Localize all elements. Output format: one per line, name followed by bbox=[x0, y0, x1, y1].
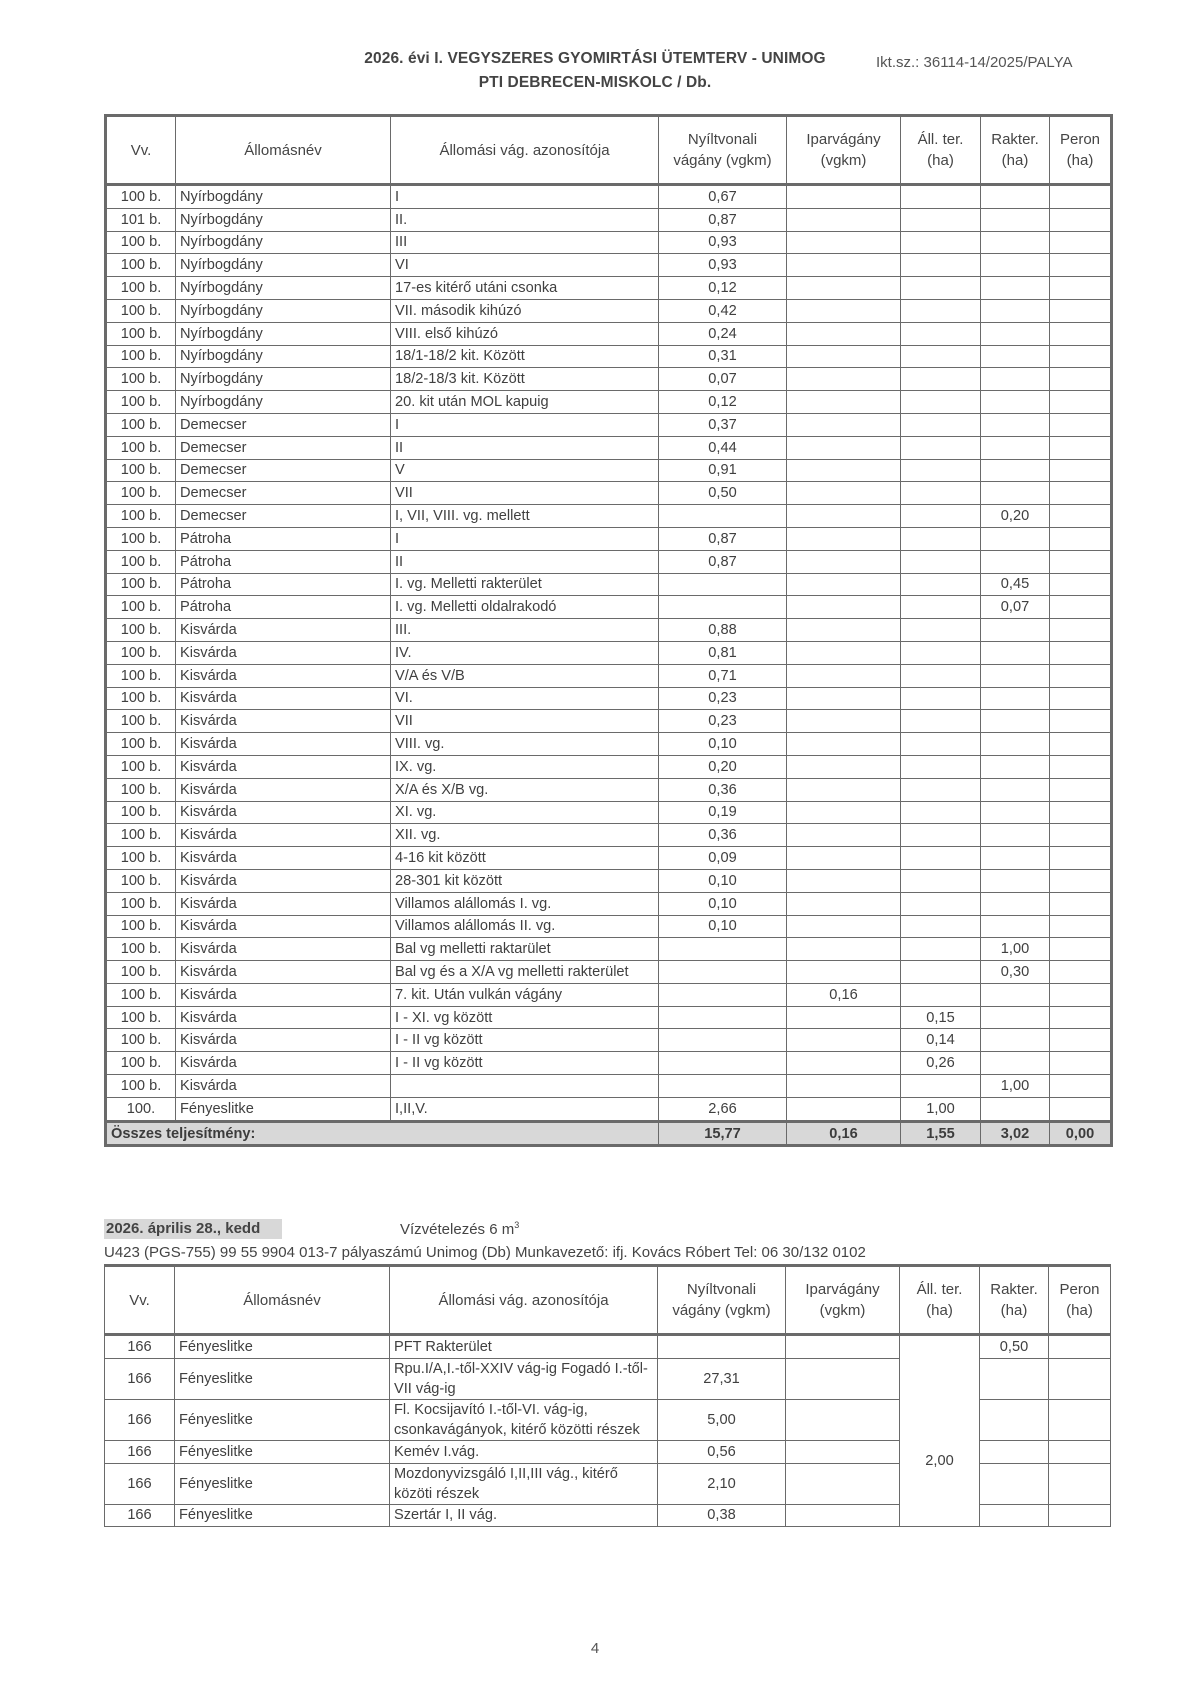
vv-cell: 166 bbox=[105, 1440, 175, 1463]
station-cell: Kisvárda bbox=[176, 664, 391, 687]
industrial-cell bbox=[787, 892, 901, 915]
station-cell: Pátroha bbox=[176, 550, 391, 573]
platform-cell bbox=[1050, 869, 1112, 892]
open-line-cell: 0,10 bbox=[659, 869, 787, 892]
total-label: Összes teljesítmény: bbox=[106, 1121, 659, 1146]
table-row: 100 b.KisvárdaBal vg melletti raktarület… bbox=[106, 938, 1112, 961]
station-area-cell: 0,26 bbox=[901, 1052, 981, 1075]
open-line-cell: 0,50 bbox=[659, 482, 787, 505]
track-id-cell: Kemév I.vág. bbox=[390, 1440, 658, 1463]
vv-cell: 100 b. bbox=[106, 664, 176, 687]
platform-cell bbox=[1050, 778, 1112, 801]
vv-cell: 101 b. bbox=[106, 208, 176, 231]
open-line-cell: 0,20 bbox=[659, 755, 787, 778]
station-cell: Nyírbogdány bbox=[176, 254, 391, 277]
platform-cell bbox=[1050, 505, 1112, 528]
industrial-cell bbox=[787, 345, 901, 368]
storage-area-cell bbox=[981, 550, 1050, 573]
industrial-cell bbox=[787, 733, 901, 756]
industrial-cell bbox=[787, 1075, 901, 1098]
table-row: 100 b.Kisvárda28-301 kit között0,10 bbox=[106, 869, 1112, 892]
industrial-cell bbox=[787, 391, 901, 414]
industrial-cell bbox=[787, 550, 901, 573]
platform-cell bbox=[1050, 892, 1112, 915]
station-area-cell bbox=[901, 368, 981, 391]
storage-area-cell: 0,50 bbox=[980, 1335, 1049, 1359]
storage-area-cell bbox=[981, 915, 1050, 938]
total-storage-area: 3,02 bbox=[981, 1121, 1050, 1146]
platform-cell bbox=[1050, 1006, 1112, 1029]
storage-area-cell bbox=[981, 824, 1050, 847]
storage-area-cell: 0,20 bbox=[981, 505, 1050, 528]
station-cell: Demecser bbox=[176, 482, 391, 505]
document-subtitle: PTI DEBRECEN-MISKOLC / Db. bbox=[0, 74, 1190, 92]
open-line-cell: 0,87 bbox=[659, 550, 787, 573]
station-area-cell bbox=[901, 550, 981, 573]
industrial-cell bbox=[787, 710, 901, 733]
table-row: 100 b.KisvárdaIII.0,88 bbox=[106, 619, 1112, 642]
industrial-cell bbox=[787, 208, 901, 231]
vv-cell: 100 b. bbox=[106, 413, 176, 436]
station-cell: Nyírbogdány bbox=[176, 299, 391, 322]
open-line-cell: 0,10 bbox=[659, 892, 787, 915]
storage-area-cell bbox=[981, 869, 1050, 892]
station-area-cell bbox=[901, 231, 981, 254]
industrial-cell bbox=[786, 1440, 900, 1463]
industrial-cell bbox=[787, 505, 901, 528]
vv-cell: 100 b. bbox=[106, 892, 176, 915]
open-line-cell: 0,12 bbox=[659, 391, 787, 414]
platform-cell bbox=[1050, 733, 1112, 756]
total-open-line: 15,77 bbox=[659, 1121, 787, 1146]
station-area-cell bbox=[901, 436, 981, 459]
station-area-cell bbox=[901, 459, 981, 482]
vv-cell: 100 b. bbox=[106, 619, 176, 642]
vv-cell: 100 b. bbox=[106, 277, 176, 300]
station-area-cell bbox=[901, 391, 981, 414]
platform-cell bbox=[1050, 277, 1112, 300]
platform-cell bbox=[1050, 687, 1112, 710]
storage-area-cell bbox=[981, 847, 1050, 870]
vv-cell: 166 bbox=[105, 1335, 175, 1359]
track-id-cell: Fl. Kocsijavító I.-től-VI. vág-ig, csonk… bbox=[390, 1399, 658, 1440]
col-header-platform: Peron (ha) bbox=[1050, 116, 1112, 185]
vv-cell: 166 bbox=[105, 1399, 175, 1440]
platform-cell bbox=[1050, 596, 1112, 619]
station-area-cell bbox=[901, 892, 981, 915]
work-date: 2026. április 28., kedd bbox=[104, 1219, 282, 1239]
track-id-cell: VII bbox=[391, 482, 659, 505]
total-row: Összes teljesítmény: 15,77 0,16 1,55 3,0… bbox=[106, 1121, 1112, 1146]
table-row: 100 b.KisvárdaI - XI. vg között0,15 bbox=[106, 1006, 1112, 1029]
table-row: 101 b.NyírbogdányII.0,87 bbox=[106, 208, 1112, 231]
station-cell: Fényeslitke bbox=[176, 1097, 391, 1121]
open-line-cell: 27,31 bbox=[658, 1358, 786, 1399]
table-row: 100 b.KisvárdaI - II vg között0,26 bbox=[106, 1052, 1112, 1075]
table-header-row: Vv. Állomásnév Állomási vág. azonosítója… bbox=[106, 116, 1112, 185]
vv-cell: 100 b. bbox=[106, 733, 176, 756]
station-area-cell: 0,15 bbox=[901, 1006, 981, 1029]
industrial-cell bbox=[787, 869, 901, 892]
station-cell: Nyírbogdány bbox=[176, 368, 391, 391]
track-id-cell: III. bbox=[391, 619, 659, 642]
station-area-cell bbox=[901, 755, 981, 778]
platform-cell bbox=[1049, 1440, 1111, 1463]
platform-cell bbox=[1050, 664, 1112, 687]
vv-cell: 100 b. bbox=[106, 573, 176, 596]
vv-cell: 166 bbox=[105, 1504, 175, 1527]
track-id-cell bbox=[391, 1075, 659, 1098]
vehicle-info: U423 (PGS-755) 99 55 9904 013-7 pályaszá… bbox=[104, 1244, 866, 1261]
table-row: 100 b.NyírbogdányIII0,93 bbox=[106, 231, 1112, 254]
track-id-cell: II. bbox=[391, 208, 659, 231]
storage-area-cell bbox=[981, 459, 1050, 482]
platform-cell bbox=[1049, 1463, 1111, 1504]
station-cell: Kisvárda bbox=[176, 710, 391, 733]
storage-area-cell bbox=[981, 619, 1050, 642]
track-id-cell: IV. bbox=[391, 641, 659, 664]
table-row: 100 b.Nyírbogdány20. kit után MOL kapuig… bbox=[106, 391, 1112, 414]
station-cell: Kisvárda bbox=[176, 983, 391, 1006]
station-area-cell bbox=[901, 938, 981, 961]
open-line-cell bbox=[659, 1006, 787, 1029]
col-header-platform: Peron (ha) bbox=[1049, 1266, 1111, 1335]
platform-cell bbox=[1050, 436, 1112, 459]
station-cell: Fényeslitke bbox=[175, 1335, 390, 1359]
station-cell: Kisvárda bbox=[176, 1052, 391, 1075]
open-line-cell: 2,10 bbox=[658, 1463, 786, 1504]
col-header-track-id: Állomási vág. azonosítója bbox=[391, 116, 659, 185]
platform-cell bbox=[1050, 550, 1112, 573]
platform-cell bbox=[1050, 185, 1112, 209]
industrial-cell bbox=[787, 664, 901, 687]
storage-area-cell: 1,00 bbox=[981, 938, 1050, 961]
storage-area-cell bbox=[981, 801, 1050, 824]
track-id-cell: Villamos alállomás II. vg. bbox=[391, 915, 659, 938]
track-id-cell: I - II vg között bbox=[391, 1029, 659, 1052]
storage-area-cell bbox=[980, 1440, 1049, 1463]
track-id-cell: 28-301 kit között bbox=[391, 869, 659, 892]
open-line-cell: 0,44 bbox=[659, 436, 787, 459]
track-id-cell: I - II vg között bbox=[391, 1052, 659, 1075]
vv-cell: 100 b. bbox=[106, 391, 176, 414]
table-header-row: Vv. Állomásnév Állomási vág. azonosítója… bbox=[105, 1266, 1111, 1335]
storage-area-cell bbox=[981, 368, 1050, 391]
vv-cell: 100 b. bbox=[106, 299, 176, 322]
industrial-cell bbox=[787, 1052, 901, 1075]
col-header-station: Állomásnév bbox=[175, 1266, 390, 1335]
industrial-cell bbox=[787, 413, 901, 436]
storage-area-cell bbox=[981, 892, 1050, 915]
schedule-table-main: Vv. Állomásnév Állomási vág. azonosítója… bbox=[104, 114, 1113, 1147]
table-row: 100 b.DemecserII0,44 bbox=[106, 436, 1112, 459]
industrial-cell bbox=[787, 299, 901, 322]
vv-cell: 100 b. bbox=[106, 254, 176, 277]
open-line-cell: 0,12 bbox=[659, 277, 787, 300]
industrial-cell bbox=[787, 254, 901, 277]
open-line-cell: 0,91 bbox=[659, 459, 787, 482]
table-row: 100 b.Kisvárda7. kit. Után vulkán vágány… bbox=[106, 983, 1112, 1006]
storage-area-cell bbox=[980, 1399, 1049, 1440]
storage-area-cell bbox=[981, 710, 1050, 733]
track-id-cell: 7. kit. Után vulkán vágány bbox=[391, 983, 659, 1006]
track-id-cell: VI. bbox=[391, 687, 659, 710]
table-row: 100 b.KisvárdaV/A és V/B0,71 bbox=[106, 664, 1112, 687]
industrial-cell bbox=[787, 619, 901, 642]
open-line-cell bbox=[659, 1075, 787, 1098]
platform-cell bbox=[1050, 368, 1112, 391]
station-area-cell bbox=[901, 527, 981, 550]
industrial-cell bbox=[786, 1399, 900, 1440]
track-id-cell: Szertár I, II vág. bbox=[390, 1504, 658, 1527]
table-row: 100 b.KisvárdaBal vg és a X/A vg mellett… bbox=[106, 961, 1112, 984]
track-id-cell: Bal vg melletti raktarület bbox=[391, 938, 659, 961]
vv-cell: 100 b. bbox=[106, 505, 176, 528]
track-id-cell: X/A és X/B vg. bbox=[391, 778, 659, 801]
station-cell: Nyírbogdány bbox=[176, 345, 391, 368]
industrial-cell bbox=[787, 1029, 901, 1052]
platform-cell bbox=[1050, 299, 1112, 322]
storage-area-cell bbox=[981, 664, 1050, 687]
col-header-track-id: Állomási vág. azonosítója bbox=[390, 1266, 658, 1335]
table-row: 100 b.NyírbogdányI0,67 bbox=[106, 185, 1112, 209]
platform-cell bbox=[1050, 1029, 1112, 1052]
storage-area-cell: 0,07 bbox=[981, 596, 1050, 619]
industrial-cell bbox=[787, 961, 901, 984]
storage-area-cell: 0,30 bbox=[981, 961, 1050, 984]
vv-cell: 100 b. bbox=[106, 368, 176, 391]
track-id-cell: VII. második kihúzó bbox=[391, 299, 659, 322]
track-id-cell: Mozdonyvizsgáló I,II,III vág., kitérő kö… bbox=[390, 1463, 658, 1504]
industrial-cell bbox=[787, 915, 901, 938]
track-id-cell: I - XI. vg között bbox=[391, 1006, 659, 1029]
vv-cell: 100 b. bbox=[106, 322, 176, 345]
track-id-cell: I bbox=[391, 413, 659, 436]
industrial-cell bbox=[787, 482, 901, 505]
storage-area-cell bbox=[981, 231, 1050, 254]
industrial-cell: 0,16 bbox=[787, 983, 901, 1006]
table-row: 100 b.Kisvárda1,00 bbox=[106, 1075, 1112, 1098]
platform-cell bbox=[1050, 824, 1112, 847]
table-row: 100 b.DemecserI, VII, VIII. vg. mellett0… bbox=[106, 505, 1112, 528]
vv-cell: 166 bbox=[105, 1463, 175, 1504]
open-line-cell bbox=[659, 938, 787, 961]
station-area-cell bbox=[901, 824, 981, 847]
industrial-cell bbox=[787, 755, 901, 778]
vv-cell: 100 b. bbox=[106, 1029, 176, 1052]
industrial-cell bbox=[787, 277, 901, 300]
vv-cell: 100 b. bbox=[106, 345, 176, 368]
table-row: 100 b.KisvárdaX/A és X/B vg.0,36 bbox=[106, 778, 1112, 801]
station-area-cell bbox=[901, 482, 981, 505]
track-id-cell: 18/2-18/3 kit. Között bbox=[391, 368, 659, 391]
open-line-cell: 0,93 bbox=[659, 231, 787, 254]
station-cell: Demecser bbox=[176, 459, 391, 482]
table-row: 100 b.Nyírbogdány18/1-18/2 kit. Között0,… bbox=[106, 345, 1112, 368]
industrial-cell bbox=[787, 596, 901, 619]
storage-area-cell bbox=[981, 1029, 1050, 1052]
table-row: 100 b.KisvárdaVIII. vg.0,10 bbox=[106, 733, 1112, 756]
industrial-cell bbox=[787, 801, 901, 824]
track-id-cell: I,II,V. bbox=[391, 1097, 659, 1121]
station-cell: Kisvárda bbox=[176, 641, 391, 664]
platform-cell bbox=[1050, 573, 1112, 596]
table-row: 100 b.PátrohaI0,87 bbox=[106, 527, 1112, 550]
storage-area-cell bbox=[981, 778, 1050, 801]
track-id-cell: II bbox=[391, 550, 659, 573]
platform-cell bbox=[1050, 915, 1112, 938]
open-line-cell: 0,23 bbox=[659, 687, 787, 710]
station-area-cell bbox=[901, 505, 981, 528]
platform-cell bbox=[1050, 391, 1112, 414]
storage-area-cell bbox=[981, 322, 1050, 345]
table-row: 100 b.DemecserVII0,50 bbox=[106, 482, 1112, 505]
industrial-cell bbox=[787, 231, 901, 254]
vv-cell: 100 b. bbox=[106, 641, 176, 664]
open-line-cell: 0,38 bbox=[658, 1504, 786, 1527]
platform-cell bbox=[1050, 208, 1112, 231]
station-area-cell bbox=[901, 641, 981, 664]
open-line-cell: 0,10 bbox=[659, 733, 787, 756]
station-area-cell: 1,00 bbox=[901, 1097, 981, 1121]
table-row: 100 b.PátrohaI. vg. Melletti rakterület0… bbox=[106, 573, 1112, 596]
col-header-industrial: Iparvágány (vgkm) bbox=[787, 116, 901, 185]
station-cell: Demecser bbox=[176, 436, 391, 459]
table-row: 100 b.KisvárdaIV.0,81 bbox=[106, 641, 1112, 664]
open-line-cell: 0,67 bbox=[659, 185, 787, 209]
track-id-cell: Rpu.I/A,I.-től-XXIV vág-ig Fogadó I.-től… bbox=[390, 1358, 658, 1399]
track-id-cell: 18/1-18/2 kit. Között bbox=[391, 345, 659, 368]
open-line-cell: 0,10 bbox=[659, 915, 787, 938]
vv-cell: 100 b. bbox=[106, 938, 176, 961]
water-unit-superscript: 3 bbox=[514, 1220, 519, 1230]
table-row: 100 b.KisvárdaVII0,23 bbox=[106, 710, 1112, 733]
station-area-cell: 0,14 bbox=[901, 1029, 981, 1052]
storage-area-cell bbox=[981, 983, 1050, 1006]
industrial-cell bbox=[787, 436, 901, 459]
station-cell: Fényeslitke bbox=[175, 1504, 390, 1527]
track-id-cell: VIII. első kihúzó bbox=[391, 322, 659, 345]
station-cell: Pátroha bbox=[176, 596, 391, 619]
platform-cell bbox=[1050, 641, 1112, 664]
industrial-cell bbox=[787, 459, 901, 482]
storage-area-cell bbox=[981, 687, 1050, 710]
track-id-cell: V/A és V/B bbox=[391, 664, 659, 687]
storage-area-cell bbox=[981, 436, 1050, 459]
station-cell: Nyírbogdány bbox=[176, 277, 391, 300]
industrial-cell bbox=[787, 778, 901, 801]
platform-cell bbox=[1050, 1097, 1112, 1121]
vv-cell: 100. bbox=[106, 1097, 176, 1121]
open-line-cell: 0,09 bbox=[659, 847, 787, 870]
industrial-cell bbox=[787, 847, 901, 870]
station-cell: Kisvárda bbox=[176, 961, 391, 984]
station-area-cell bbox=[901, 208, 981, 231]
vv-cell: 100 b. bbox=[106, 710, 176, 733]
open-line-cell bbox=[659, 1052, 787, 1075]
industrial-cell bbox=[787, 641, 901, 664]
station-area-cell bbox=[901, 778, 981, 801]
open-line-cell: 0,42 bbox=[659, 299, 787, 322]
vv-cell: 100 b. bbox=[106, 801, 176, 824]
table-row: 100 b.KisvárdaVillamos alállomás I. vg.0… bbox=[106, 892, 1112, 915]
platform-cell bbox=[1050, 345, 1112, 368]
table-row: 100 b.NyírbogdányVI0,93 bbox=[106, 254, 1112, 277]
platform-cell bbox=[1049, 1335, 1111, 1359]
table-row: 100 b.NyírbogdányVIII. első kihúzó0,24 bbox=[106, 322, 1112, 345]
total-industrial: 0,16 bbox=[787, 1121, 901, 1146]
station-area-cell bbox=[901, 345, 981, 368]
col-header-station-area: Áll. ter. (ha) bbox=[900, 1266, 980, 1335]
open-line-cell bbox=[659, 1029, 787, 1052]
track-id-cell: VIII. vg. bbox=[391, 733, 659, 756]
industrial-cell bbox=[786, 1504, 900, 1527]
vv-cell: 100 b. bbox=[106, 778, 176, 801]
open-line-cell bbox=[659, 596, 787, 619]
table-row: 100 b.PátrohaI. vg. Melletti oldalrakodó… bbox=[106, 596, 1112, 619]
table-row: 100.FényeslitkeI,II,V.2,661,00 bbox=[106, 1097, 1112, 1121]
storage-area-cell bbox=[981, 254, 1050, 277]
station-area-cell bbox=[901, 915, 981, 938]
open-line-cell: 0,36 bbox=[659, 778, 787, 801]
storage-area-cell: 1,00 bbox=[981, 1075, 1050, 1098]
platform-cell bbox=[1050, 938, 1112, 961]
table-row: 100 b.Nyírbogdány18/2-18/3 kit. Között0,… bbox=[106, 368, 1112, 391]
total-platform: 0,00 bbox=[1050, 1121, 1112, 1146]
station-area-cell bbox=[901, 733, 981, 756]
vv-cell: 100 b. bbox=[106, 550, 176, 573]
station-area-cell bbox=[901, 413, 981, 436]
storage-area-cell bbox=[981, 391, 1050, 414]
track-id-cell: I bbox=[391, 185, 659, 209]
storage-area-cell bbox=[980, 1504, 1049, 1527]
storage-area-cell bbox=[981, 208, 1050, 231]
open-line-cell bbox=[659, 505, 787, 528]
station-cell: Kisvárda bbox=[176, 778, 391, 801]
col-header-open-line: Nyíltvonali vágány (vgkm) bbox=[659, 116, 787, 185]
vv-cell: 100 b. bbox=[106, 824, 176, 847]
track-id-cell: I. vg. Melletti oldalrakodó bbox=[391, 596, 659, 619]
table-row: 100 b.DemecserI0,37 bbox=[106, 413, 1112, 436]
table-row: 166FényeslitkePFT Rakterület2,000,50 bbox=[105, 1335, 1111, 1359]
station-area-merged-cell: 2,00 bbox=[900, 1335, 980, 1527]
industrial-cell bbox=[787, 824, 901, 847]
platform-cell bbox=[1050, 755, 1112, 778]
vv-cell: 100 b. bbox=[106, 1006, 176, 1029]
track-id-cell: PFT Rakterület bbox=[390, 1335, 658, 1359]
station-cell: Fényeslitke bbox=[175, 1463, 390, 1504]
station-area-cell bbox=[901, 869, 981, 892]
industrial-cell bbox=[787, 1097, 901, 1121]
open-line-cell: 0,81 bbox=[659, 641, 787, 664]
vv-cell: 100 b. bbox=[106, 961, 176, 984]
station-cell: Kisvárda bbox=[176, 619, 391, 642]
station-area-cell bbox=[901, 710, 981, 733]
industrial-cell bbox=[786, 1335, 900, 1359]
open-line-cell bbox=[659, 573, 787, 596]
track-id-cell: II bbox=[391, 436, 659, 459]
open-line-cell: 0,87 bbox=[659, 527, 787, 550]
station-cell: Kisvárda bbox=[176, 1006, 391, 1029]
platform-cell bbox=[1050, 254, 1112, 277]
station-cell: Kisvárda bbox=[176, 687, 391, 710]
storage-area-cell: 0,45 bbox=[981, 573, 1050, 596]
col-header-storage-area: Rakter. (ha) bbox=[980, 1266, 1049, 1335]
station-area-cell bbox=[901, 254, 981, 277]
open-line-cell: 0,24 bbox=[659, 322, 787, 345]
station-area-cell bbox=[901, 185, 981, 209]
open-line-cell bbox=[659, 983, 787, 1006]
